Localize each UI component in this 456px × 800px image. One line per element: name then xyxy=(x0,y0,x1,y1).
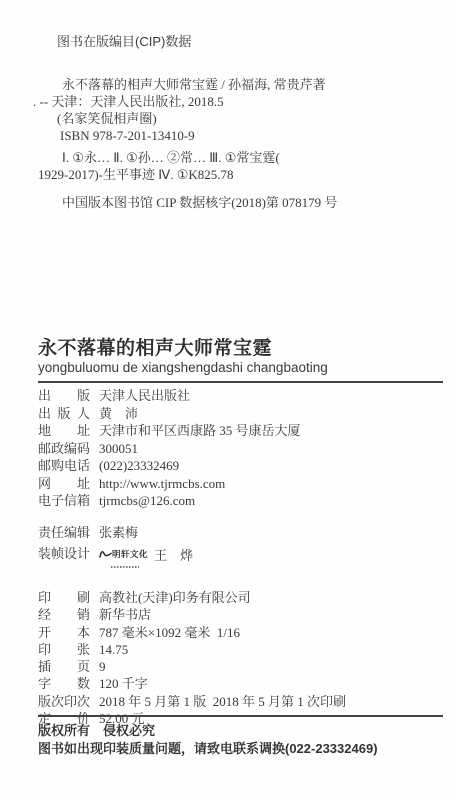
info-value: 300051 xyxy=(99,440,138,458)
info-row: 邮政编码 300051 xyxy=(38,440,443,458)
info-row: 出版 天津人民出版社 xyxy=(38,387,443,405)
rights-statement: 版权所有 侵权必究 xyxy=(38,722,378,740)
info-label: 出版 xyxy=(38,387,90,405)
cip-record-line: . -- 天津：天津人民出版社, 2018.5 xyxy=(33,93,440,110)
info-label: 印张 xyxy=(38,641,90,658)
info-row: 印刷 高教社(天津)印务有限公司 xyxy=(38,589,443,606)
info-label: 字数 xyxy=(38,675,90,692)
info-value: 9 xyxy=(99,658,106,675)
cip-record-line: 永不落幕的相声大师常宝霆 / 孙福海, 常贵芹著 xyxy=(62,76,440,93)
info-value: 王 烨 xyxy=(154,545,193,566)
info-value: (022)23332469 xyxy=(99,457,179,475)
info-value: 高教社(天津)印务有限公司 xyxy=(99,589,251,606)
quality-notice: 图书如出现印装质量问题，请致电联系调换(022-23332469) xyxy=(38,740,378,758)
info-label: 网址 xyxy=(38,475,90,493)
divider-rule-bottom xyxy=(38,715,443,717)
info-label: 经销 xyxy=(38,606,90,623)
info-row: 字数 120 千字 xyxy=(38,675,443,692)
copyright-footer: 版权所有 侵权必究 图书如出现印装质量问题，请致电联系调换(022-233324… xyxy=(38,722,378,758)
logo-wordmark: 明轩文化 xyxy=(112,544,148,565)
info-label: 印刷 xyxy=(38,589,90,606)
info-value: 天津人民出版社 xyxy=(99,387,190,405)
info-row: 出版人 黄 沛 xyxy=(38,405,443,423)
info-value: 787 毫米×1092 毫米 1/16 xyxy=(99,624,240,641)
cip-record-block: 永不落幕的相声大师常宝霆 / 孙福海, 常贵芹著 . -- 天津：天津人民出版社… xyxy=(38,76,440,144)
isbn-line: ISBN 978-7-201-13410-9 xyxy=(60,127,440,144)
cip-registry-line: 中国版本图书馆 CIP 数据核字(2018)第 078179 号 xyxy=(62,192,337,211)
cip-series-line: (名家笑侃相声圈) xyxy=(57,110,440,127)
info-row: 插页 9 xyxy=(38,658,443,675)
divider-rule-top xyxy=(38,381,443,383)
publisher-email: tjrmcbs@126.com xyxy=(99,492,195,510)
info-row: 装帧设计 明轩文化 王 烨 xyxy=(38,543,443,567)
info-value: 黄 沛 xyxy=(99,405,138,423)
cip-class-line: 1929-2017)-生平事迹 Ⅳ. ①K825.78 xyxy=(38,166,440,183)
cip-class-line: Ⅰ. ①永… Ⅱ. ①孙… ②常… Ⅲ. ①常宝霆( xyxy=(62,149,440,166)
info-label: 邮政编码 xyxy=(38,440,90,458)
info-row: 网址 http://www.tjrmcbs.com xyxy=(38,475,443,493)
info-label: 插页 xyxy=(38,658,90,675)
info-value: 天津市和平区西康路 35 号康岳大厦 xyxy=(99,422,301,440)
info-value: 2018 年 5 月第 1 版 2018 年 5 月第 1 次印刷 xyxy=(99,693,346,710)
info-label: 地址 xyxy=(38,422,90,440)
info-label: 版次印次 xyxy=(38,693,90,710)
editors-block: 责任编辑 张素梅 装帧设计 明轩文化 王 烨 xyxy=(38,522,443,567)
info-label: 出版人 xyxy=(38,405,90,423)
info-value: 14.75 xyxy=(99,641,128,658)
info-label: 责任编辑 xyxy=(38,522,90,543)
cip-classification-block: Ⅰ. ①永… Ⅱ. ①孙… ②常… Ⅲ. ①常宝霆( 1929-2017)-生平… xyxy=(38,149,440,183)
info-label: 邮购电话 xyxy=(38,457,90,475)
logo-row: 明轩文化 xyxy=(99,544,148,565)
book-title: 永不落幕的相声大师常宝霆 xyxy=(38,333,272,360)
info-value: 张素梅 xyxy=(99,522,138,543)
info-row: 邮购电话 (022)23332469 xyxy=(38,457,443,475)
book-title-pinyin: yongbuluomu de xiangshengdashi changbaot… xyxy=(38,360,328,375)
designer-value: 明轩文化 王 烨 xyxy=(99,543,193,567)
info-row: 开本 787 毫米×1092 毫米 1/16 xyxy=(38,624,443,641)
info-row: 责任编辑 张素梅 xyxy=(38,522,443,543)
mingxuan-culture-logo: 明轩文化 xyxy=(99,544,148,568)
logo-swoosh-icon xyxy=(99,544,112,565)
info-row: 经销 新华书店 xyxy=(38,606,443,623)
printing-info-block: 印刷 高教社(天津)印务有限公司 经销 新华书店 开本 787 毫米×1092 … xyxy=(38,589,443,727)
info-row: 版次印次 2018 年 5 月第 1 版 2018 年 5 月第 1 次印刷 xyxy=(38,693,443,710)
cip-heading: 图书在版编目(CIP)数据 xyxy=(57,31,191,50)
info-label: 装帧设计 xyxy=(38,543,90,564)
logo-microtext-bar xyxy=(111,566,139,568)
info-row: 地址 天津市和平区西康路 35 号康岳大厦 xyxy=(38,422,443,440)
info-label: 开本 xyxy=(38,624,90,641)
publisher-info-block: 出版 天津人民出版社 出版人 黄 沛 地址 天津市和平区西康路 35 号康岳大厦… xyxy=(38,387,443,510)
info-value: 新华书店 xyxy=(99,606,151,623)
info-row: 印张 14.75 xyxy=(38,641,443,658)
info-row: 电子信箱 tjrmcbs@126.com xyxy=(38,492,443,510)
publisher-website: http://www.tjrmcbs.com xyxy=(99,475,225,493)
info-value: 120 千字 xyxy=(99,675,148,692)
copyright-page: 图书在版编目(CIP)数据 永不落幕的相声大师常宝霆 / 孙福海, 常贵芹著 .… xyxy=(0,0,456,800)
info-label: 电子信箱 xyxy=(38,492,90,510)
